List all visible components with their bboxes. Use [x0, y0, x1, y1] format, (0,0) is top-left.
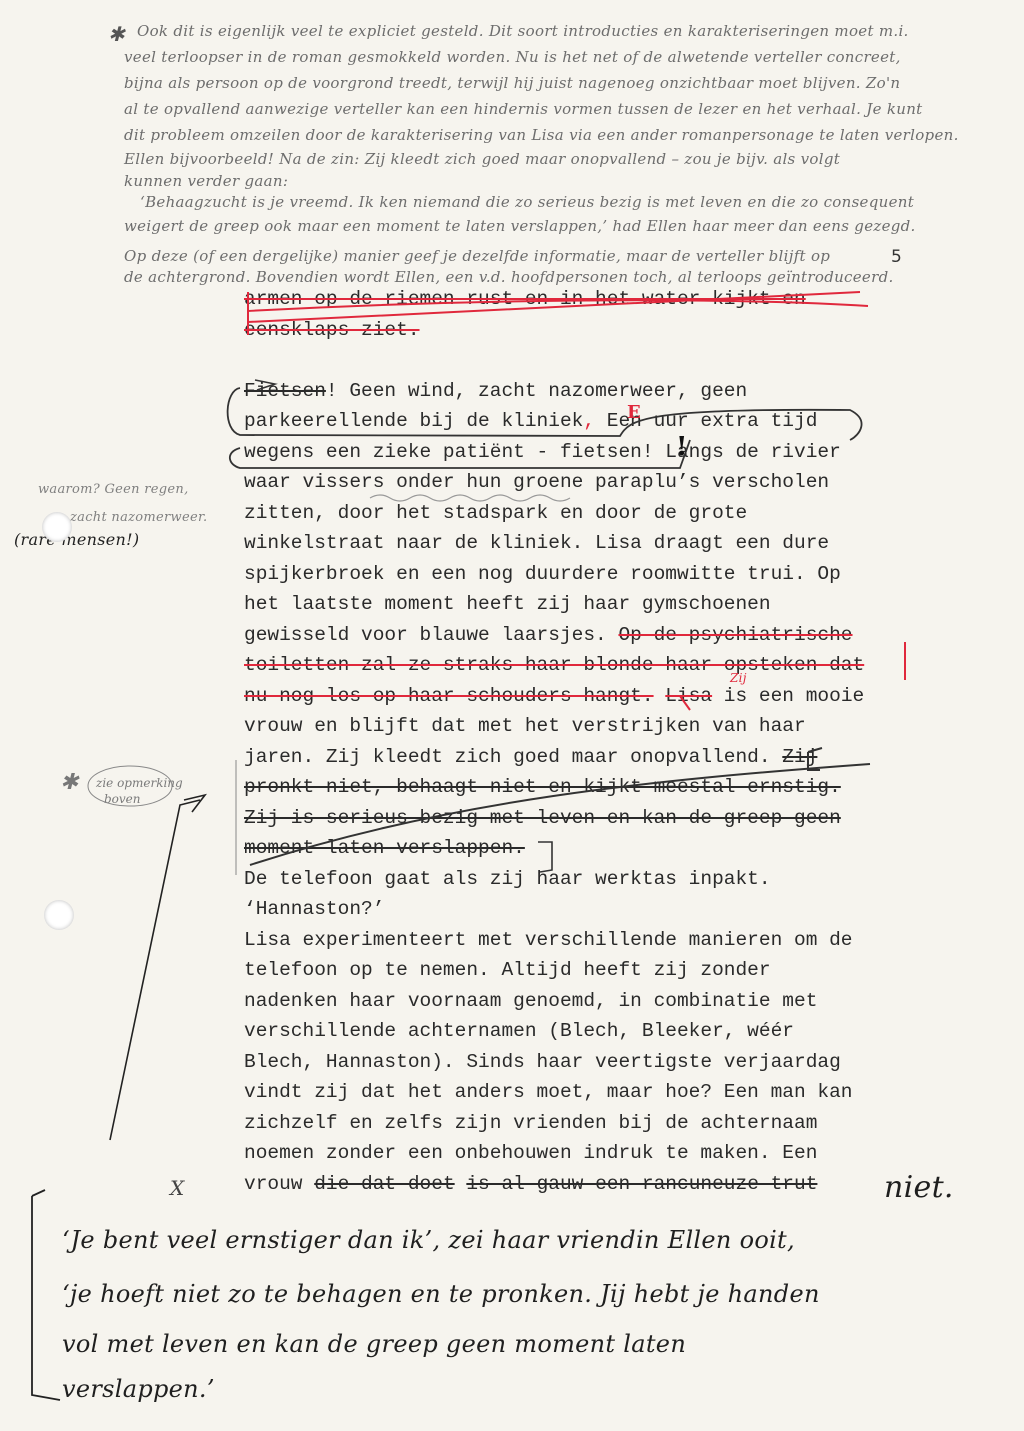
struck-text: nu nog los op haar schouders hangt. — [244, 685, 654, 707]
text-segment: Lisa experimenteert met verschillende ma… — [244, 929, 853, 951]
text-segment — [654, 685, 666, 707]
annotation-line: kunnen verder gaan: — [124, 172, 288, 190]
annotation-line: dit probleem omzeilen door de karakteris… — [124, 126, 959, 144]
typed-line: jaren. Zij kleedt zich goed maar onopval… — [244, 742, 817, 773]
typed-line: Blech, Hannaston). Sinds haar veertigste… — [244, 1047, 841, 1078]
typed-line: Lisa experimenteert met verschillende ma… — [244, 925, 853, 956]
typed-line: spijkerbroek en een nog duurdere roomwit… — [244, 559, 841, 590]
text-segment: verschillende achternamen (Blech, Bleeke… — [244, 1020, 794, 1042]
struck-text: pronkt niet, behaagt niet en kijkt meest… — [244, 776, 841, 798]
text-segment: , — [583, 410, 595, 432]
text-segment: Blech, Hannaston). Sinds haar veertigste… — [244, 1051, 841, 1073]
page-number: 5 — [891, 247, 902, 267]
text-segment: parkeerellende bij de kliniek — [244, 410, 583, 432]
text-segment: zichzelf en zelfs zijn vrienden bij de a… — [244, 1112, 817, 1134]
manuscript-page: ✱ Ook dit is eigenlijk veel te expliciet… — [0, 0, 1024, 1431]
typed-line: eensklaps ziet. — [244, 315, 420, 346]
margin-note-line: zacht nazomerweer. — [70, 510, 207, 525]
typed-line: nadenken haar voornaam genoemd, in combi… — [244, 986, 817, 1017]
asterisk-marker: ✱ — [60, 770, 79, 795]
typed-line: noemen zonder een onbehouwen indruk te m… — [244, 1138, 817, 1169]
text-segment: De telefoon gaat als zij haar werktas in… — [244, 868, 771, 890]
text-segment: vrouw en blijft dat met het verstrijken … — [244, 715, 806, 737]
typed-line: Zij is serieus bezig met leven en kan de… — [244, 803, 841, 834]
annotation-line: Ook dit is eigenlijk veel te expliciet g… — [137, 22, 909, 40]
typed-line: ‘Hannaston?’ — [244, 894, 384, 925]
handwritten-line: ‘Je bent veel ernstiger dan ik’, zei haa… — [62, 1226, 795, 1254]
typed-line: pronkt niet, behaagt niet en kijkt meest… — [244, 772, 841, 803]
typed-line: toiletten zal ze straks haar blonde haar… — [244, 650, 864, 681]
text-segment: het laatste moment heeft zij haar gymsch… — [244, 593, 771, 615]
typed-line: parkeerellende bij de kliniek, Een uur e… — [244, 406, 817, 437]
text-segment: telefoon op te nemen. Altijd heeft zij z… — [244, 959, 771, 981]
text-segment: wegens een zieke patiënt - fietsen! Lang… — [244, 441, 841, 463]
text-segment: waar vissers onder hun groene paraplu’s … — [244, 471, 829, 493]
text-segment: ‘Hannaston?’ — [244, 898, 384, 920]
typed-line: telefoon op te nemen. Altijd heeft zij z… — [244, 955, 771, 986]
typed-line: nu nog los op haar schouders hangt. Lisa… — [244, 681, 864, 712]
text-segment: vrouw — [244, 1173, 314, 1195]
typed-line: zichzelf en zelfs zijn vrienden bij de a… — [244, 1108, 817, 1139]
text-segment: gewisseld voor blauwe laarsjes. — [244, 624, 618, 646]
struck-text: is al gauw een rancuneuze trut — [466, 1173, 817, 1195]
typed-line: De telefoon gaat als zij haar werktas in… — [244, 864, 771, 895]
struck-text: Fietsen — [244, 380, 326, 402]
struck-text: Zij — [782, 746, 817, 768]
text-segment — [455, 1173, 467, 1195]
text-segment: is een mooie — [712, 685, 864, 707]
typed-line: waar vissers onder hun groene paraplu’s … — [244, 467, 829, 498]
annotation-line: veel terloopser in de roman gesmokkeld w… — [124, 48, 901, 66]
annotation-quote-line: ‘Behaagzucht is je vreemd. Ik ken nieman… — [140, 193, 914, 211]
text-segment: jaren. Zij kleedt zich goed maar onopval… — [244, 746, 782, 768]
text-segment: winkelstraat naar de kliniek. Lisa draag… — [244, 532, 829, 554]
struck-text: Op de psychiatrische — [618, 624, 852, 646]
handwritten-line: verslappen.’ — [62, 1375, 215, 1403]
annotation-line: bijna als persoon op de voorgrond treedt… — [124, 74, 900, 92]
struck-text: die dat doet — [314, 1173, 454, 1195]
cross-marker: X — [170, 1176, 185, 1200]
see-above-note-line: zie opmerking — [96, 776, 183, 790]
struck-text: Zij is serieus bezig met leven en kan de… — [244, 807, 841, 829]
typed-line: vindt zij dat het anders moet, maar hoe?… — [244, 1077, 853, 1108]
see-above-note-line: boven — [104, 792, 141, 806]
struck-text: moment laten verslappen. — [244, 837, 525, 859]
annotation-line: Op deze (of een dergelijke) manier geef … — [124, 247, 830, 265]
typed-line: vrouw die dat doet is al gauw een rancun… — [244, 1169, 817, 1200]
text-segment: zitten, door het stadspark en door de gr… — [244, 502, 747, 524]
struck-text: toiletten zal ze straks haar blonde haar… — [244, 654, 864, 676]
typed-line: wegens een zieke patiënt - fietsen! Lang… — [244, 437, 841, 468]
text-segment: vindt zij dat het anders moet, maar hoe?… — [244, 1081, 853, 1103]
typed-line: verschillende achternamen (Blech, Bleeke… — [244, 1016, 794, 1047]
niet-insert: niet. — [884, 1170, 954, 1205]
annotation-line: Ellen bijvoorbeeld! Na de zin: Zij kleed… — [124, 150, 840, 168]
capital-e-correction: E — [627, 402, 641, 423]
typed-line: zitten, door het stadspark en door de gr… — [244, 498, 747, 529]
text-segment: spijkerbroek en een nog duurdere roomwit… — [244, 563, 841, 585]
margin-note-line: waarom? Geen regen, — [38, 482, 189, 497]
zij-correction: Zij — [730, 671, 747, 685]
typed-line: het laatste moment heeft zij haar gymsch… — [244, 589, 771, 620]
annotation-quote-line: weigert de greep ook maar een moment te … — [124, 217, 916, 235]
punch-hole — [44, 900, 74, 930]
text-segment: ! Geen wind, zacht nazomerweer, geen — [326, 380, 747, 402]
typed-line: armen op de riemen rust en in het water … — [244, 284, 806, 315]
struck-text: armen op de riemen rust en in het water … — [244, 288, 806, 310]
struck-text: Lisa — [665, 685, 712, 707]
asterisk-marker: ✱ — [108, 22, 125, 46]
handwritten-line: ‘je hoeft niet zo te behagen en te pronk… — [62, 1280, 820, 1308]
text-segment: noemen zonder een onbehouwen indruk te m… — [244, 1142, 817, 1164]
typed-line: gewisseld voor blauwe laarsjes. Op de ps… — [244, 620, 853, 651]
handwritten-line: vol met leven en kan de greep geen momen… — [62, 1330, 686, 1358]
struck-text: eensklaps ziet. — [244, 319, 420, 341]
typed-line: winkelstraat naar de kliniek. Lisa draag… — [244, 528, 829, 559]
text-segment: nadenken haar voornaam genoemd, in combi… — [244, 990, 817, 1012]
typed-line: Fietsen! Geen wind, zacht nazomerweer, g… — [244, 376, 747, 407]
punch-hole — [42, 512, 72, 542]
typed-line: vrouw en blijft dat met het verstrijken … — [244, 711, 806, 742]
margin-note-parenthetical: (rare mensen!) — [14, 530, 139, 549]
typed-line: moment laten verslappen. — [244, 833, 525, 864]
exclamation-correction: ! — [676, 432, 688, 462]
annotation-line: al te opvallend aanwezige verteller kan … — [124, 100, 923, 118]
